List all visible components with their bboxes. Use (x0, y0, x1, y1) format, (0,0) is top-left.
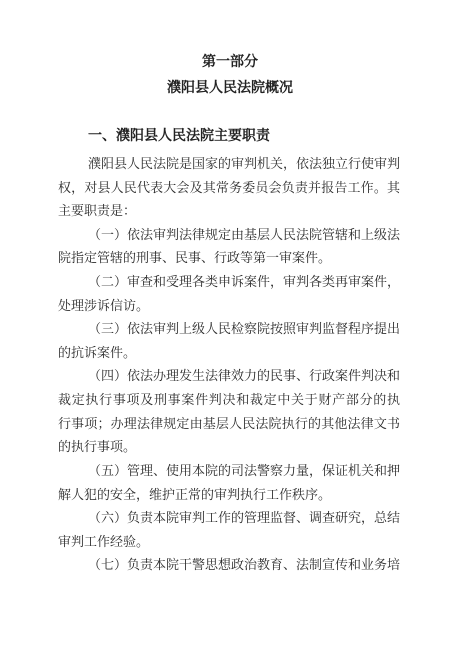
document-page: 第一部分 濮阳县人民法院概况 一、濮阳县人民法院主要职责 濮阳县人民法院是国家的… (0, 0, 460, 650)
body-line: 行事项；办理法律规定由基层人民法院执行的其他法律文书 (58, 412, 400, 436)
body-line: （二）审查和受理各类申诉案件，审判各类再审案件， (58, 270, 400, 294)
body-line: （四）依法办理发生法律效力的民事、行政案件判决和 (58, 364, 400, 388)
document-subtitle: 濮阳县人民法院概况 (0, 79, 460, 95)
body-line: （五）管理、使用本院的司法警察力量，保证机关和押 (58, 459, 400, 483)
body-line: （一）依法审判法律规定由基层人民法院管辖和上级法 (58, 223, 400, 247)
body-line: 裁定执行事项及刑事案件判决和裁定中关于财产部分的执 (58, 388, 400, 412)
body-line: （六）负责本院审判工作的管理监督、调查研究，总结 (58, 506, 400, 530)
body-line: （七）负责本院干警思想政治教育、法制宣传和业务培 (58, 553, 400, 577)
body-line: （三）依法审判上级人民检察院按照审判监督程序提出 (58, 317, 400, 341)
body-line: 濮阳县人民法院是国家的审判机关，依法独立行使审判 (58, 152, 400, 176)
body-line: 的执行事项。 (58, 435, 400, 459)
body-line: 权，对县人民代表大会及其常务委员会负责并报告工作。其 (58, 176, 400, 200)
part-title: 第一部分 (0, 53, 460, 69)
body-text: 濮阳县人民法院是国家的审判机关，依法独立行使审判权，对县人民代表大会及其常务委员… (58, 152, 400, 577)
body-line: 处理涉诉信访。 (58, 294, 400, 318)
section-heading: 一、濮阳县人民法院主要职责 (58, 127, 400, 143)
body-line: 主要职责是： (58, 199, 400, 223)
body-line: 解人犯的安全，维护正常的审判执行工作秩序。 (58, 483, 400, 507)
body-line: 的抗诉案件。 (58, 341, 400, 365)
body-line: 审判工作经验。 (58, 530, 400, 554)
body-line: 院指定管辖的刑事、民事、行政等第一审案件。 (58, 246, 400, 270)
